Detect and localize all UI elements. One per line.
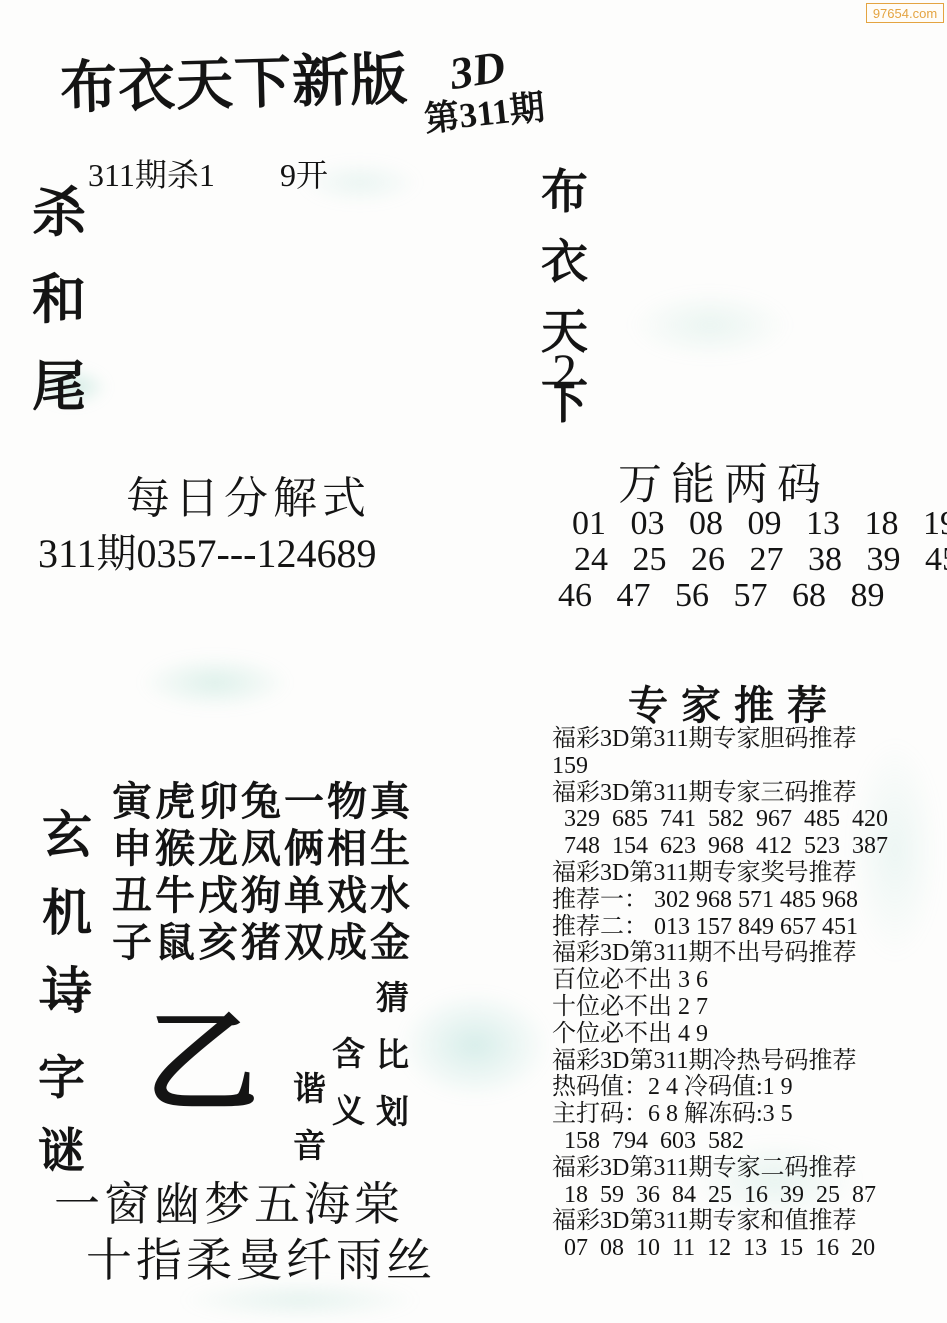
bottom-poem-line: 十指柔曼纤雨丝 xyxy=(86,1224,436,1290)
vertical-char: 音 xyxy=(293,1120,326,1167)
two-codes-row: 46 47 56 57 68 89 xyxy=(556,578,946,614)
vertical-char: 机 xyxy=(42,873,92,945)
poem-line: 申猴龙凤俩相生 xyxy=(112,825,413,872)
watermark-smudge xyxy=(140,655,290,710)
watermark-smudge xyxy=(630,290,790,360)
expert-line-dan-header: 福彩3D第311期专家胆码推荐 xyxy=(552,726,946,753)
expert-line-two-header: 福彩3D第311期专家二码推荐 xyxy=(552,1155,946,1182)
kill-line-left: 311期杀1 xyxy=(88,157,215,193)
two-codes-row: 24 25 26 27 38 39 45? xyxy=(556,542,946,578)
daily-decomposition-title: 每日分解式 xyxy=(126,462,371,526)
kill-line-right: 9开 xyxy=(280,150,328,196)
poem-line: 子鼠亥猪双成金 xyxy=(112,919,413,966)
issue-label: 第311期 xyxy=(422,80,547,142)
expert-line-exclude-header: 福彩3D第311期不出号码推荐 xyxy=(552,940,946,967)
buyi-tianxia-lottery-sheet: 97654.com 布衣天下新版 3D 第311期 311期杀1 9开 杀 和 … xyxy=(0,0,947,1323)
kill-line: 311期杀1 9开 xyxy=(88,150,508,196)
vertical-char: 含 xyxy=(332,1028,365,1075)
vertical-char: 杀 xyxy=(32,170,86,247)
expert-line-three-codes: 748 154 623 968 412 523 387 xyxy=(552,833,946,860)
expert-recommendation-title: 专家推荐 xyxy=(628,674,840,731)
expert-line-exclude-units: 个位必不出 4 9 xyxy=(552,1021,946,1048)
expert-line-three-codes: 329 685 741 582 967 485 420 xyxy=(552,806,946,833)
expert-line-hotcold-values: 热码值：2 4 冷码值:1 9 xyxy=(552,1074,946,1101)
daily-decomposition-line: 311期0357---124689 xyxy=(38,522,376,579)
site-watermark: 97654.com xyxy=(866,3,944,23)
two-codes-row: 01 03 08 09 13 18 19? xyxy=(556,506,946,542)
vertical-char: 字 xyxy=(38,1041,85,1108)
expert-line-hotcold-header: 福彩3D第311期冷热号码推荐 xyxy=(552,1048,946,1075)
vertical-char: 划 xyxy=(376,1086,409,1133)
poem-line: 丑牛戌狗单戏水 xyxy=(112,872,413,919)
one-char-riddle-vertical-label: 一 字 谜 xyxy=(38,968,85,1181)
expert-line-exclude-hundreds: 百位必不出 3 6 xyxy=(552,967,946,994)
expert-line-prize-rec1: 推荐一： 302 968 571 485 968 xyxy=(552,887,946,914)
expert-line-dan-codes: 159 xyxy=(552,753,946,780)
brand-volume-number: 2 xyxy=(552,342,577,400)
expert-recommendation-list: 福彩3D第311期专家胆码推荐 159 福彩3D第311期专家三码推荐 329 … xyxy=(552,726,946,1262)
expert-line-two-codes: 18 59 36 84 25 16 39 25 87 xyxy=(552,1182,946,1209)
riddle-hint-homophone: 谐 音 xyxy=(293,1063,326,1167)
universal-two-codes-grid: 01 03 08 09 13 18 19? 24 25 26 27 38 39 … xyxy=(556,506,946,614)
vertical-char: 义 xyxy=(332,1085,365,1132)
mystery-poem-lines: 寅虎卯兔一物真 申猴龙凤俩相生 丑牛戌狗单戏水 子鼠亥猪双成金 xyxy=(112,778,413,966)
vertical-char: 比 xyxy=(376,1029,409,1076)
poem-line: 寅虎卯兔一物真 xyxy=(112,778,413,825)
vertical-char: 和 xyxy=(32,257,86,334)
site-watermark-label: 97654.com xyxy=(873,6,937,21)
kill-sum-tail-vertical-label: 杀 和 尾 xyxy=(32,170,86,421)
expert-line-prize-header: 福彩3D第311期专家奖号推荐 xyxy=(552,860,946,887)
expert-line-hotcold-codes: 158 794 603 582 xyxy=(552,1128,946,1155)
vertical-char: 一 xyxy=(38,968,85,1035)
riddle-hint-guess-strokes: 猜 比 划 xyxy=(376,972,409,1133)
vertical-char: 尾 xyxy=(32,344,86,421)
riddle-hint-meaning: 含 义 xyxy=(332,1028,365,1132)
vertical-char: 衣 xyxy=(541,225,588,292)
expert-line-exclude-tens: 十位必不出 2 7 xyxy=(552,994,946,1021)
expert-line-sum-values: 07 08 10 11 12 13 15 16 20 xyxy=(552,1235,946,1262)
vertical-char: 谐 xyxy=(293,1063,326,1110)
vertical-char: 猜 xyxy=(376,972,409,1019)
riddle-answer-character: 乙 xyxy=(146,1008,258,1120)
page-title: 布衣天下新版 xyxy=(59,33,409,124)
expert-line-prize-rec2: 推荐二： 013 157 849 657 451 xyxy=(552,914,946,941)
vertical-char: 布 xyxy=(541,155,588,222)
expert-line-sum-header: 福彩3D第311期专家和值推荐 xyxy=(552,1208,946,1235)
expert-line-main-unfreeze: 主打码：6 8 解冻码:3 5 xyxy=(552,1101,946,1128)
watermark-smudge xyxy=(400,990,550,1100)
expert-line-three-header: 福彩3D第311期专家三码推荐 xyxy=(552,780,946,807)
universal-two-codes-title: 万能两码 xyxy=(618,448,830,512)
vertical-char: 玄 xyxy=(42,795,92,867)
